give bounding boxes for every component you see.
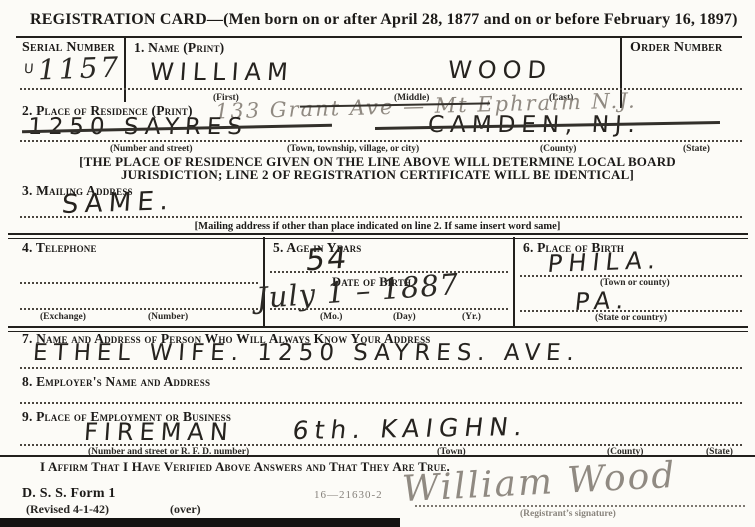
birth-town-value: PHILA. (546, 246, 663, 278)
employment-town-value: 6th. KAIGHN. (291, 412, 530, 445)
order-number-label: Order Number (630, 40, 722, 56)
name-last-value: WOOD (447, 56, 553, 84)
divider-serial-name (124, 36, 126, 102)
name-first-value: WILLIAM (149, 58, 295, 86)
serial-prefix-value: U (23, 62, 36, 77)
over-note: (over) (170, 502, 201, 517)
dob-sub-yr: (Yr.) (462, 312, 481, 322)
form-revised: (Revised 4-1-42) (26, 502, 109, 517)
residence-sub-county: (County) (540, 144, 576, 154)
registration-card: REGISTRATION CARD—(Men born on or after … (0, 0, 755, 527)
employer-label: 8. Employer's Name and Address (22, 374, 210, 390)
residence-note-line2: JURISDICTION; LINE 2 OF REGISTRATION CER… (0, 167, 755, 183)
mailing-note: [Mailing address if other than place ind… (0, 221, 755, 232)
mailing-writing-line (20, 216, 742, 218)
residence-sub-state: (State) (683, 144, 710, 154)
contact-value: ETHEL WIFE. 1250 SAYRES. AVE. (32, 340, 581, 366)
residence-sub-street: (Number and street) (110, 144, 193, 154)
signature-sub-label: (Registrant’s signature) (520, 509, 616, 519)
birth-state-line (520, 310, 742, 312)
telephone-sub-number: (Number) (148, 312, 188, 322)
affirmation-text: I Affirm That I Have Verified Above Answ… (40, 459, 450, 475)
dob-sub-day: (Day) (393, 312, 416, 322)
dob-sub-mo: (Mo.) (320, 312, 342, 322)
employer-writing-line (20, 402, 742, 404)
telephone-line-1 (20, 282, 258, 284)
dob-writing-line (270, 308, 508, 310)
signature-line (415, 505, 745, 507)
birth-state-sub: (State or country) (595, 313, 667, 323)
employment-street-value: FIREMAN (83, 418, 235, 446)
serial-number-value: 1157 (37, 51, 121, 87)
contact-writing-line (20, 367, 742, 369)
telephone-line-2 (20, 308, 258, 310)
telephone-sub-exchange: (Exchange) (40, 312, 86, 322)
mailing-value: SAME. (61, 186, 175, 220)
name-label: 1. Name (Print) (134, 40, 224, 56)
scan-edge-bar (0, 518, 400, 527)
divider-age-birth (513, 237, 515, 326)
residence-writing-line (20, 140, 742, 142)
employment-writing-line (20, 444, 742, 446)
birth-town-line (520, 275, 742, 277)
print-code: 16—21630-2 (314, 489, 383, 501)
rule-above-telephone (8, 233, 748, 239)
telephone-label: 4. Telephone (22, 240, 97, 256)
card-title: REGISTRATION CARD—(Men born on or after … (30, 11, 738, 29)
form-name: D. S. S. Form 1 (22, 486, 116, 502)
residence-sub-town: (Town, township, village, or city) (287, 144, 419, 154)
